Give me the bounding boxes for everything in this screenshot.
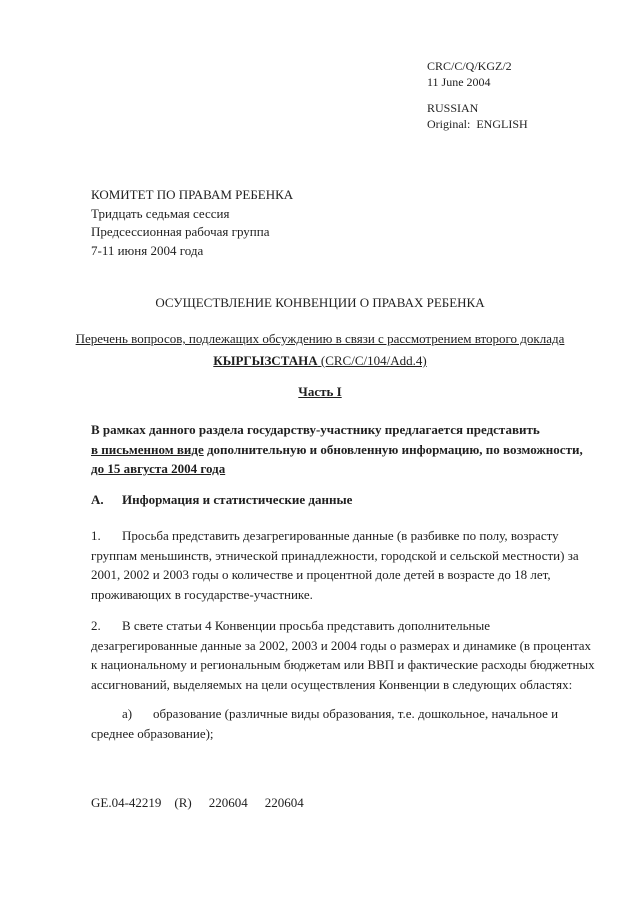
footer-date-2: 220604 <box>265 795 304 810</box>
country-reference: КЫРГЫЗСТАНА (CRC/C/104/Add.4) <box>213 353 426 368</box>
footer-date-1: 220604 <box>209 795 248 810</box>
footer-language-code: (R) <box>174 795 191 810</box>
session-dates: 7-11 июня 2004 года <box>91 242 293 261</box>
document-subtitle: Перечень вопросов, подлежащих обсуждению… <box>0 328 640 372</box>
document-title: ОСУЩЕСТВЛЕНИЕ КОНВЕНЦИИ О ПРАВАХ РЕБЕНКА <box>0 293 640 313</box>
intro-paragraph: В рамках данного раздела государству-уча… <box>91 420 583 479</box>
document-footer: GE.04-42219(R)220604220604 <box>91 793 304 813</box>
document-page: CRC/C/Q/KGZ/2 11 June 2004 RUSSIAN Origi… <box>0 0 640 905</box>
paragraph-1-line4: проживающих в государстве-участнике. <box>91 585 579 605</box>
paragraph-1-line3: 2001, 2002 и 2003 годы о количестве и пр… <box>91 565 579 585</box>
committee-block: КОМИТЕТ ПО ПРАВАМ РЕБЕНКА Тридцать седьм… <box>91 186 293 260</box>
intro-line3: до 15 августа 2004 года <box>91 459 583 479</box>
footer-doc-id: GE.04-42219 <box>91 795 161 810</box>
section-a-heading: А.Информация и статистические данные <box>91 490 352 510</box>
doc-language: RUSSIAN <box>427 100 528 116</box>
section-a-title: Информация и статистические данные <box>122 492 352 507</box>
subitem-a: a)образование (различные виды образовани… <box>91 704 558 743</box>
session-line: Тридцать седьмая сессия <box>91 205 293 224</box>
intro-line3-underlined: до 15 августа 2004 года <box>91 461 225 476</box>
paragraph-1: 1.Просьба представить дезагрегированные … <box>91 526 579 604</box>
section-a-label: А. <box>91 490 122 510</box>
paragraph-2-line3: к национальному и региональным бюджетам … <box>91 655 595 675</box>
subitem-a-text: образование (различные виды образования,… <box>153 706 558 721</box>
committee-name: КОМИТЕТ ПО ПРАВАМ РЕБЕНКА <box>91 186 293 205</box>
paragraph-1-line1: 1.Просьба представить дезагрегированные … <box>91 526 579 546</box>
part-heading-block: Часть I <box>0 382 640 402</box>
paragraph-2-line1: 2.В свете статьи 4 Конвенции просьба пре… <box>91 616 595 636</box>
subitem-a-label: a) <box>122 704 153 724</box>
subtitle-line1: Перечень вопросов, подлежащих обсуждению… <box>0 328 640 350</box>
intro-line1: В рамках данного раздела государству-уча… <box>91 420 583 440</box>
paragraph-2-text: В свете статьи 4 Конвенции просьба предс… <box>122 618 490 633</box>
part-heading: Часть I <box>298 384 341 399</box>
working-group-line: Предсессионная рабочая группа <box>91 223 293 242</box>
paragraph-1-number: 1. <box>91 526 122 546</box>
intro-line2-underlined: в письменном виде <box>91 442 204 457</box>
doc-symbol: CRC/C/Q/KGZ/2 <box>427 58 528 74</box>
paragraph-1-line2: группам меньшинств, этнической принадлеж… <box>91 546 579 566</box>
subitem-a-line2: среднее образование); <box>91 724 558 744</box>
doc-reference: (CRC/C/104/Add.4) <box>318 353 427 368</box>
subtitle-line2: КЫРГЫЗСТАНА (CRC/C/104/Add.4) <box>0 350 640 372</box>
doc-original-language: Original: ENGLISH <box>427 116 528 132</box>
paragraph-2-number: 2. <box>91 616 122 636</box>
subitem-a-line1: a)образование (различные виды образовани… <box>91 704 558 724</box>
country-name: КЫРГЫЗСТАНА <box>213 353 317 368</box>
paragraph-1-text: Просьба представить дезагрегированные да… <box>122 528 559 543</box>
paragraph-2-line4: ассигнований, выделяемых на цели осущест… <box>91 675 595 695</box>
doc-date: 11 June 2004 <box>427 74 528 90</box>
document-header: CRC/C/Q/KGZ/2 11 June 2004 RUSSIAN Origi… <box>427 58 528 132</box>
paragraph-2-line2: дезагрегированные данные за 2002, 2003 и… <box>91 636 595 656</box>
intro-line2: в письменном виде дополнительную и обнов… <box>91 440 583 460</box>
paragraph-2: 2.В свете статьи 4 Конвенции просьба пре… <box>91 616 595 694</box>
intro-line2-rest: дополнительную и обновленную информацию,… <box>204 442 583 457</box>
header-spacer <box>427 90 528 100</box>
